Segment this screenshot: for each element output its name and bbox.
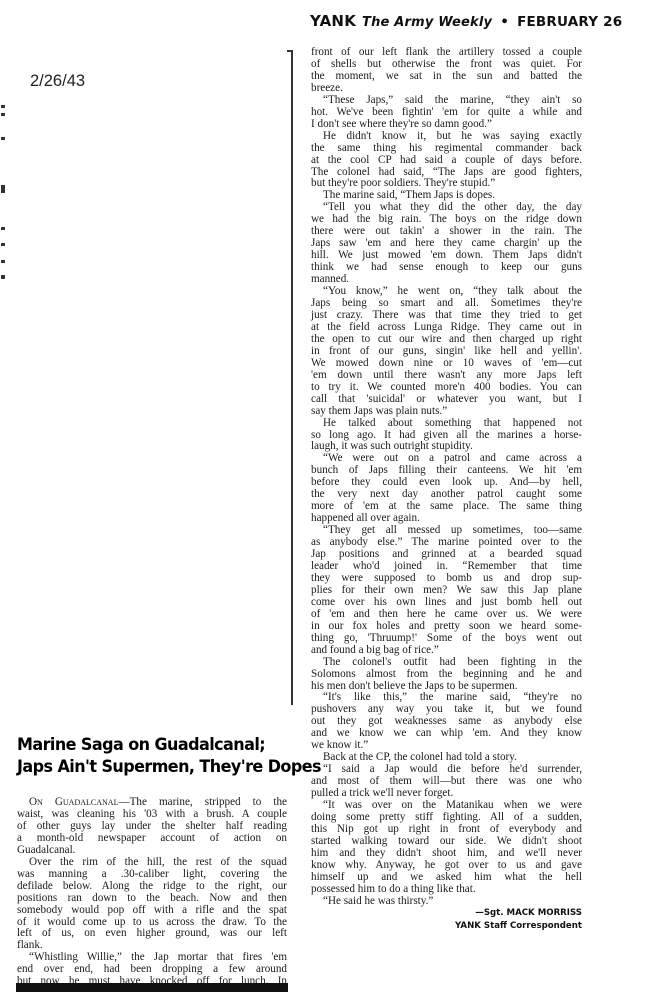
text-line: call that 'suicidal' or whatever you wan… [311, 394, 582, 406]
next-article-banner-bar [16, 983, 288, 992]
article-left-column: On Guadalcanal—The marine, stripped to t… [17, 797, 287, 988]
text-line: was manning a .30-caliber light, coverin… [17, 869, 287, 881]
text-line: in our fox holes and pretty soon we hear… [311, 621, 582, 633]
text-line: left of us, on even higher ground, was o… [17, 928, 287, 940]
byline: —Sgt. MACK MORRISS YANK Staff Correspond… [440, 907, 582, 933]
publication-subtitle: The Army Weekly [362, 15, 492, 30]
dateline: On Guadalcanal [29, 796, 118, 808]
cropped-adjacent-column-marks [0, 95, 8, 295]
headline-line-1: Marine Saga on Guadalcanal; [17, 734, 273, 756]
text-line: Solomons almost from the beginning and h… [311, 669, 582, 681]
text-line: possessed him to do a thing like that. [311, 884, 582, 896]
text-line: hot. We've been fightin' 'em for quite a… [311, 107, 582, 119]
column-rule [291, 50, 293, 705]
text-line: positions ran down to the beach. Now and… [17, 893, 287, 905]
text-line: the same thing his regimental commander … [311, 143, 582, 155]
text-line: “These Japs,” said the marine, “they ain… [311, 95, 582, 107]
text-line: We mowed down nine or 10 waves of 'em—cu… [311, 358, 582, 370]
text-line: at the cool CP had said a couple of days… [311, 155, 582, 167]
text-line: come over his own lines and just bomb he… [311, 597, 582, 609]
byline-title: YANK Staff Correspondent [440, 920, 582, 933]
article-headline: Marine Saga on Guadalcanal; Japs Ain't S… [17, 734, 273, 778]
text-line: and found a big bag of rice.” [311, 645, 582, 657]
masthead: YANKThe Army Weekly•FEBRUARY 26 [310, 12, 582, 34]
byline-author: —Sgt. MACK MORRISS [440, 907, 582, 920]
text-line: think we had sense enough to keep our gu… [311, 262, 582, 274]
text-line: to try it. We counted more'n 400 bodies.… [311, 382, 582, 394]
text-line: He talked about something that happened … [311, 418, 582, 430]
text-line: Over the rim of the hill, the rest of th… [17, 857, 287, 869]
text-line: of 'em and then here he came over us. We… [311, 609, 582, 621]
text-line: He didn't know it, but he was saying exa… [311, 131, 582, 143]
text-line: 'em down until there wasn't any more Jap… [311, 370, 582, 382]
text-line: the moment, we sat in the sun and batted… [311, 71, 582, 83]
text-line: I don't see where they're so damn good.” [311, 119, 582, 131]
text-line: himself up and we asked him what the hel… [311, 872, 582, 884]
issue-date: FEBRUARY 26 [517, 14, 622, 30]
article-right-column: front of our left flank the artillery to… [311, 47, 582, 908]
text-line: thing go, 'Thruump!' Some of the boys we… [311, 633, 582, 645]
text-line: know why. Anyway, he got over to us and … [311, 860, 582, 872]
text-line: say them Japs was plain nuts.” [311, 406, 582, 418]
masthead-separator: • [500, 14, 509, 30]
headline-line-2: Japs Ain't Supermen, They're Dopes [17, 756, 273, 778]
text-line: defilade below. Along the ridge to the r… [17, 881, 287, 893]
text-line: Guadalcanal. [17, 845, 287, 857]
text-line: “He said he was thirsty.” [311, 896, 582, 908]
text-line: somebody would pop off with a rifle and … [17, 905, 287, 917]
text-line: The colonel's outfit had been fighting i… [311, 657, 582, 669]
date-stamp: 2/26/43 [30, 72, 85, 91]
publication-name: YANK [310, 12, 356, 30]
text-line: in front of our guns, singin' like hell … [311, 346, 582, 358]
